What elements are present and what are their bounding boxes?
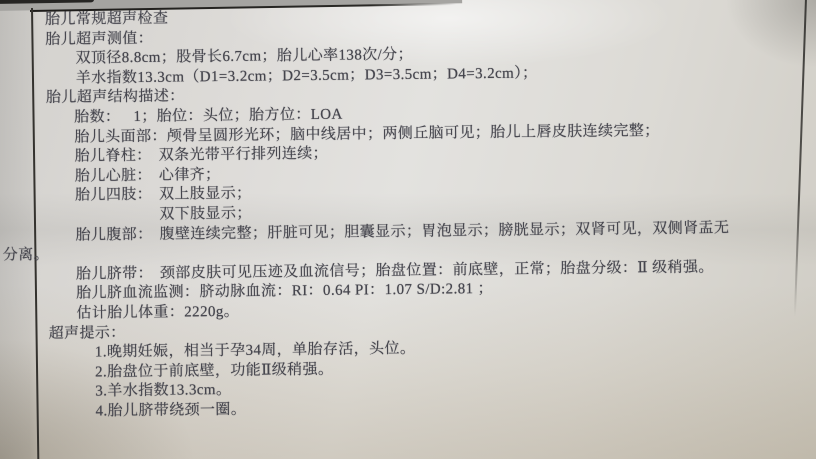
row-label: 胎儿脐带： <box>76 264 160 285</box>
report-text: 胎儿常规超声检查 胎儿超声测值： 双顶径8.8cm；股骨长6.7cm；胎儿心率1… <box>45 2 816 422</box>
row-label: 胎儿脊柱： <box>75 147 159 168</box>
top-left-dark-blob <box>0 0 94 4</box>
report-photo: 胎儿常规超声检查 胎儿超声测值： 双顶径8.8cm；股骨长6.7cm；胎儿心率1… <box>0 0 816 459</box>
row-value: 分离。 <box>3 246 49 266</box>
row-label: 胎数： <box>74 108 120 128</box>
row-label: 胎儿脐血流监测： <box>76 284 199 305</box>
row-value: 双条光带平行排列连续； <box>159 145 329 167</box>
row-value: 脐动脉血流：RI：0.64 PI：1.07 S/D:2.81 ； <box>199 280 493 303</box>
row-label <box>75 206 159 227</box>
row-value: 心律齐； <box>159 166 221 186</box>
row-value: 2220g。 <box>184 303 239 323</box>
table-left-border-line <box>31 8 40 459</box>
row-label: 胎儿腹部： <box>75 225 159 246</box>
row-label: 胎儿头面部： <box>74 127 167 148</box>
row-label: 胎儿四肢： <box>75 186 159 207</box>
row-value: 双下肢显示； <box>159 205 252 226</box>
row-value: 1；胎位：头位；胎方位：LOA <box>133 106 343 128</box>
row-label: 胎儿心脏： <box>75 166 159 187</box>
row-value: 双上肢显示； <box>159 185 252 206</box>
row-label: 估计胎儿体重： <box>76 303 184 324</box>
